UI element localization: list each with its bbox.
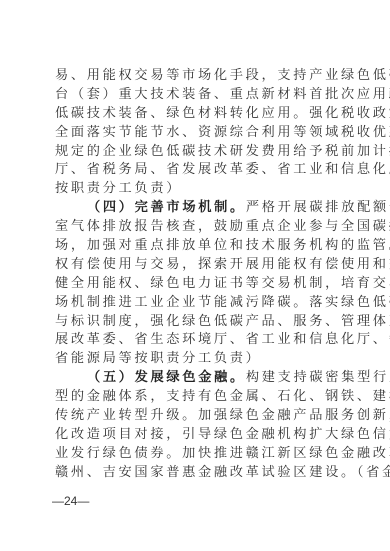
text-span: 构建支持碳密集型行业向低碳过渡转 bbox=[246, 370, 390, 385]
section-heading-4: （四）完善市场机制。 bbox=[87, 200, 246, 215]
text-line: 按职责分工负责） bbox=[55, 180, 345, 199]
text-line: 健全用能权、绿色电力证书等交易机制，培育交易市场，利用市 bbox=[55, 275, 345, 294]
text-line: 全面落实节能节水、资源综合利用等领域税收优惠政策，对符合 bbox=[55, 124, 345, 143]
text-line: 权有偿使用与交易，探索开展用能权有偿使用和交易试点，建立 bbox=[55, 256, 345, 275]
section-heading-5: （五）发展绿色金融。 bbox=[87, 370, 246, 385]
document-page: 易、用能权交易等市场化手段，支持产业绿色低碳改造。落实首 台（套）重大技术装备、… bbox=[0, 0, 390, 551]
text-line: 与标识制度，强化绿色低碳产品、服务、管理体系认证。（省发 bbox=[55, 313, 345, 332]
text-line: 赣州、吉安国家普惠金融改革试验区建设。（省金融监管局、省 bbox=[55, 464, 345, 483]
section-4-first-line: （四）完善市场机制。严格开展碳排放配额分配和清缴、温 bbox=[55, 199, 345, 218]
page-number: —24— bbox=[52, 494, 89, 508]
document-body: 易、用能权交易等市场化手段，支持产业绿色低碳改造。落实首 台（套）重大技术装备、… bbox=[55, 67, 345, 483]
text-line: 省能源局等按职责分工负责） bbox=[55, 350, 345, 369]
text-line: 室气体排放报告核查，鼓励重点企业参与全国碳排放权交易市 bbox=[55, 218, 345, 237]
text-line: 场，加强对重点排放单位和技术服务机构的监管。统筹推进排污 bbox=[55, 237, 345, 256]
text-line: 易、用能权交易等市场化手段，支持产业绿色低碳改造。落实首 bbox=[55, 67, 345, 86]
text-line: 展改革委、省生态环境厅、省工业和信息化厅、省市场监管局、 bbox=[55, 331, 345, 350]
text-line: 低碳技术装备、绿色材料转化应用。强化税收政策绿色低碳导向， bbox=[55, 105, 345, 124]
text-line: 型的金融体系，支持有色金属、石化、钢铁、建材、纺织服装等 bbox=[55, 388, 345, 407]
text-line: 业发行绿色债券。加快推进赣江新区绿色金融改革创新实验区和 bbox=[55, 445, 345, 464]
text-line: 厅、省税务局、省发展改革委、省工业和信息化厅、省商务厅等 bbox=[55, 161, 345, 180]
text-line: 场机制推进工业企业节能减污降碳。落实绿色低碳产品服务认证 bbox=[55, 294, 345, 313]
text-span: 严格开展碳排放配额分配和清缴、温 bbox=[246, 200, 390, 215]
section-5-first-line: （五）发展绿色金融。构建支持碳密集型行业向低碳过渡转 bbox=[55, 369, 345, 388]
text-line: 台（套）重大技术装备、重点新材料首批次应用政策，推动绿色 bbox=[55, 86, 345, 105]
text-line: 化改造项目对接，引导绿色金融机构扩大绿色信贷投放，鼓励企 bbox=[55, 426, 345, 445]
text-line: 传统产业转型升级。加强绿色金融产品服务创新，推动工业绿色 bbox=[55, 407, 345, 426]
text-line: 规定的企业绿色低碳技术研发费用给予税前加计扣除。（省财政 bbox=[55, 143, 345, 162]
